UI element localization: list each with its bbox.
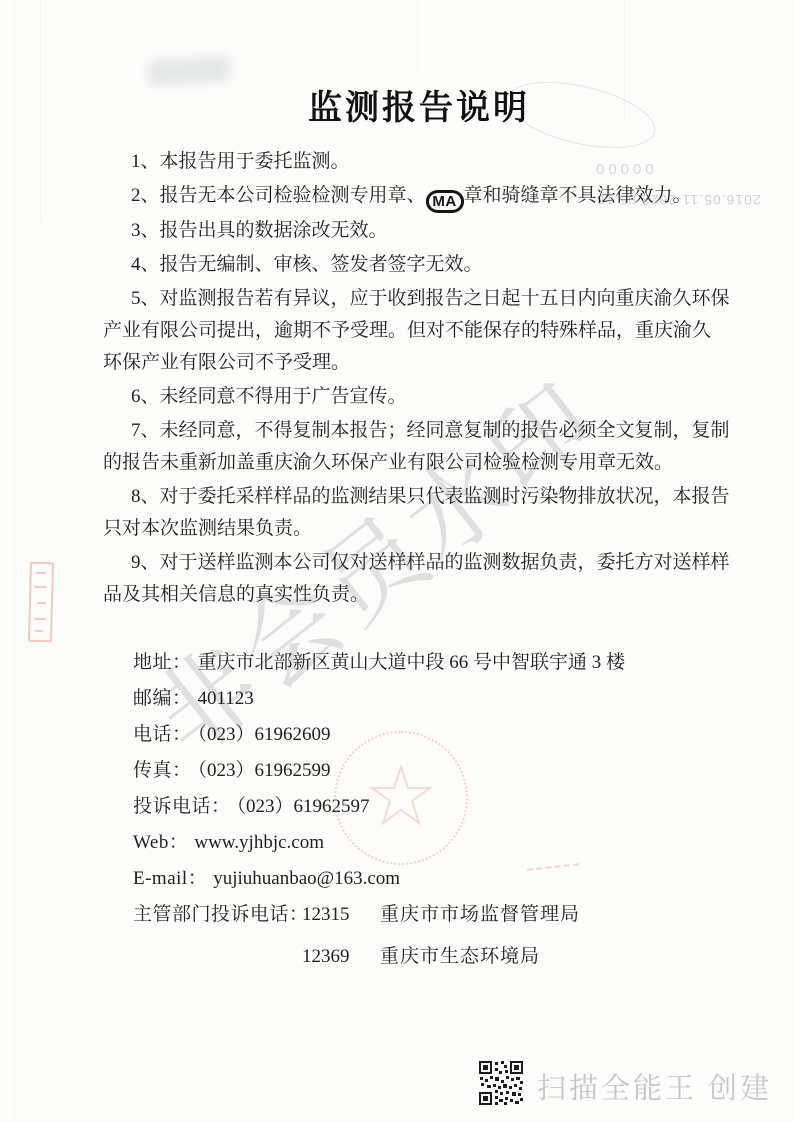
contact-value: 12315 — [302, 897, 380, 933]
contact-label: Web： — [133, 832, 188, 853]
list-item-line: 7、未经同意，不得复制本报告；经同意复制的报告必须全文复制，复制 — [103, 415, 743, 447]
list-item-line: 只对本次监测结果负责。 — [103, 513, 743, 545]
contact-row-9: 12369重庆市生态环境局 — [133, 939, 733, 975]
contact-label: 电话： — [133, 724, 192, 745]
contact-value: 重庆市北部新区黄山大道中段 66 号中智联宇通 3 楼 — [198, 652, 626, 673]
list-item-line: 的报告未重新加盖重庆渝久环保产业有限公司检验检测专用章无效。 — [103, 447, 743, 479]
scan-artifact-line — [417, 0, 418, 70]
contact-label: 传真： — [133, 760, 192, 781]
list-item-line: 1、本报告用于委托监测。 — [103, 146, 743, 178]
list-item-line: 产业有限公司提出，逾期不予受理。但对不能保存的特殊样品，重庆渝久 — [103, 315, 743, 347]
scan-artifact-line — [40, 0, 41, 220]
contact-extra: 重庆市市场监督管理局 — [380, 904, 580, 925]
contact-label: 投诉电话： — [133, 796, 231, 817]
list-item-line: 品及其相关信息的真实性负责。 — [103, 579, 743, 611]
contact-row-7: E-mail：yujiuhuanbao@163.com — [133, 861, 733, 897]
list-item-9: 9、对于送样监测本公司仅对送样样品的监测数据负责，委托方对送样样品及其相关信息的… — [103, 547, 743, 611]
contact-value: 12369 — [302, 939, 380, 975]
contact-label: 邮编： — [133, 688, 192, 709]
list-item-line: 环保产业有限公司不予受理。 — [103, 347, 743, 379]
list-item-line: 6、未经同意不得用于广告宣传。 — [103, 381, 743, 413]
list-item-7: 7、未经同意，不得复制本报告；经同意复制的报告必须全文复制，复制的报告未重新加盖… — [103, 415, 743, 479]
item-list: 1、本报告用于委托监测。2、报告无本公司检验检测专用章、MA章和骑缝章不具法律效… — [103, 146, 743, 613]
red-seal-star-icon — [369, 763, 433, 827]
text-before-cma: 2、报告无本公司检验检测专用章、 — [131, 185, 426, 206]
contact-extra: 重庆市生态环境局 — [380, 946, 540, 967]
contact-row-1: 地址：重庆市北部新区黄山大道中段 66 号中智联宇通 3 楼 — [133, 645, 733, 681]
contact-label: 主管部门投诉电话： — [133, 897, 296, 933]
scanned-document-page: 非会员水印 00000 2016.05.11-2022.05.16 监测报告说明… — [0, 0, 793, 1122]
contact-row-8: 主管部门投诉电话：12315重庆市市场监督管理局 — [133, 897, 733, 933]
list-item-line: 3、报告出具的数据涂改无效。 — [103, 215, 743, 247]
list-item-8: 8、对于委托采样样品的监测结果只代表监测时污染物排放状况，本报告只对本次监测结果… — [103, 481, 743, 545]
contact-label: 地址： — [133, 652, 192, 673]
contact-value: （023）61962609 — [198, 724, 331, 745]
contact-value: （023）61962599 — [198, 760, 331, 781]
list-item-3: 3、报告出具的数据涂改无效。 — [103, 215, 743, 247]
cma-mark-icon: MA — [426, 190, 464, 213]
scan-artifact-line — [14, 0, 15, 1122]
contact-value: yujiuhuanbao@163.com — [213, 868, 400, 889]
list-item-2: 2、报告无本公司检验检测专用章、MA章和骑缝章不具法律效力。 — [103, 180, 743, 213]
contact-value: www.yjhbjc.com — [194, 832, 324, 853]
list-item-5: 5、对监测报告若有异议，应于收到报告之日起十五日内向重庆渝久环保产业有限公司提出… — [103, 283, 743, 379]
camscanner-label: 扫描全能王 创建 — [537, 1066, 772, 1107]
list-item-line: 9、对于送样监测本公司仅对送样样品的监测数据负责，委托方对送样样 — [103, 547, 743, 579]
list-item-1: 1、本报告用于委托监测。 — [103, 146, 743, 178]
list-item-line: 5、对监测报告若有异议，应于收到报告之日起十五日内向重庆渝久环保 — [103, 283, 743, 315]
page-title: 监测报告说明 — [103, 80, 715, 129]
list-item-line: 2、报告无本公司检验检测专用章、MA章和骑缝章不具法律效力。 — [103, 180, 743, 213]
text-after-cma: 章和骑缝章不具法律效力。 — [464, 185, 692, 206]
qr-code-icon — [479, 1061, 523, 1105]
list-item-line: 8、对于委托采样样品的监测结果只代表监测时污染物排放状况，本报告 — [103, 481, 743, 513]
red-seal-left-edge — [28, 562, 54, 643]
list-item-4: 4、报告无编制、审核、签发者签字无效。 — [103, 249, 743, 281]
list-item-6: 6、未经同意不得用于广告宣传。 — [103, 381, 743, 413]
contact-label: E-mail： — [133, 868, 207, 889]
contact-row-2: 邮编：401123 — [133, 681, 733, 717]
contact-value: 401123 — [198, 688, 254, 709]
list-item-line: 4、报告无编制、审核、签发者签字无效。 — [103, 249, 743, 281]
